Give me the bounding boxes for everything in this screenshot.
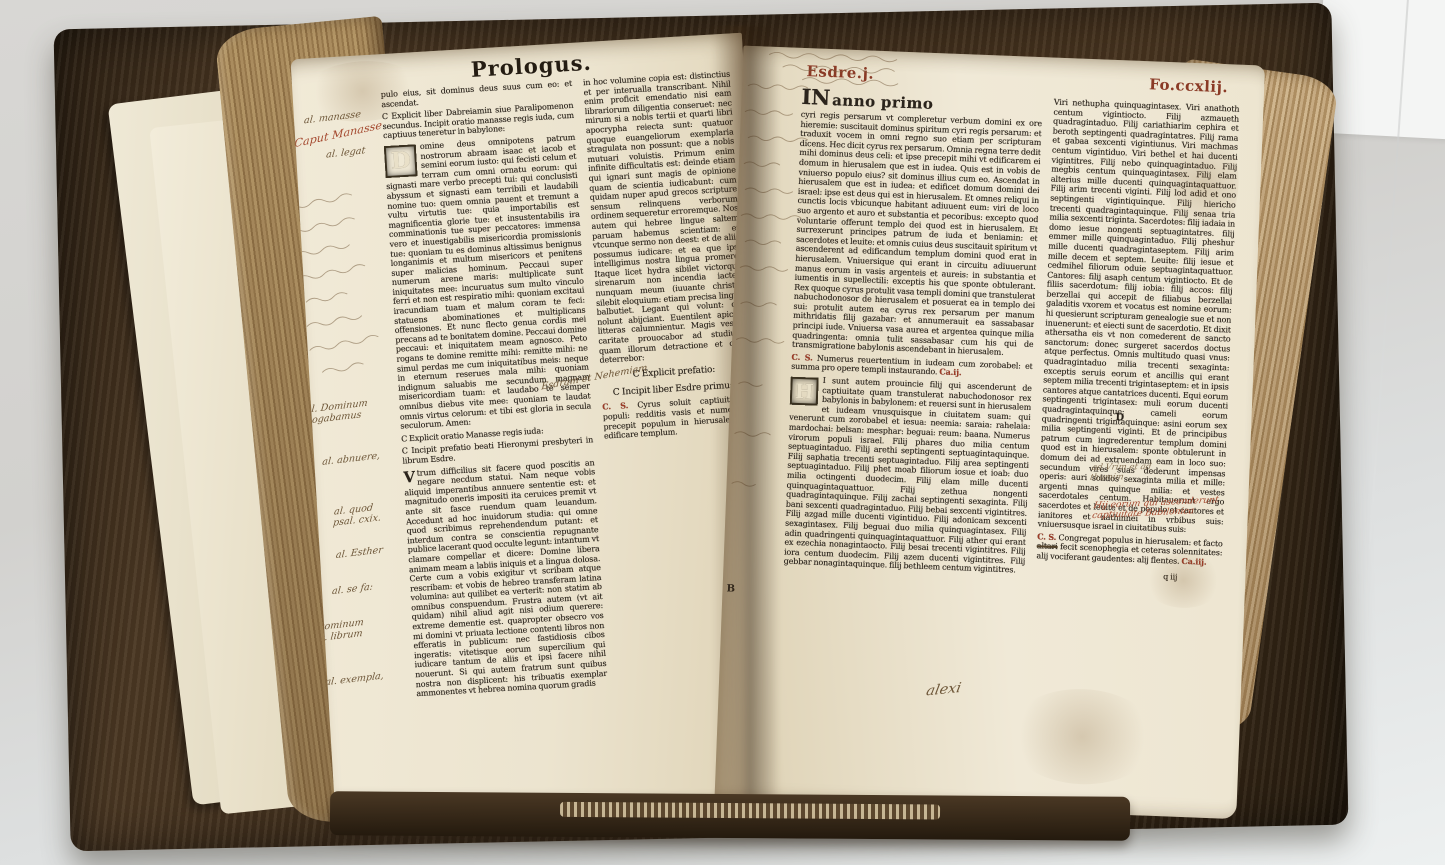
photo-stage: Prologus. pulo eius, sit dominus deus su… [0, 0, 1445, 865]
summary-prefix: C. S. [1037, 531, 1057, 542]
esdre-chapter-2-census-text: HI sunt autem prouincie filij qui ascend… [783, 375, 1032, 576]
inked-out-word-altari: altari [1037, 542, 1058, 552]
backdrop-white-card [1316, 0, 1445, 139]
woodcut-initial-D: D [384, 144, 418, 178]
faded-cursive-gloss-top [762, 46, 963, 96]
left-page-column-1: pulo eius, sit dominus deus suus cum eo:… [380, 79, 608, 715]
chapter-marker-ca-ij: Ca.ij. [939, 367, 962, 378]
margin-note-al-esther: al. Esther [335, 546, 383, 562]
margin-note-al-abnuere: al. abnuere, [322, 451, 381, 468]
left-page: Prologus. pulo eius, sit dominus deus su… [290, 33, 787, 830]
margin-note-al-se-fa: al. se fa: [331, 582, 373, 598]
left-page-text-block: pulo eius, sit dominus deus suus cum eo:… [380, 69, 767, 715]
hieronymus-preface-text: Vtrum difficilius sit facere quod poscit… [403, 458, 608, 699]
margin-note-al-legat: al. legat [326, 146, 366, 161]
spine-bottom-edge [330, 791, 1130, 841]
margin-note-al-exempla: al. exempla, [325, 672, 385, 690]
right-page: Esdre.j. Fo.ccxlij. IN anno primo cyri r… [715, 46, 1266, 819]
exposed-sewing-stitches [560, 802, 940, 820]
folio-number: Fo.ccxlij. [1149, 75, 1229, 96]
esdre-chapter-1-text: cyri regis persarum vt compleretur verbu… [792, 110, 1042, 359]
column-reference-letter-B: B [726, 583, 735, 594]
margin-note-al-dominum: al. Dominum Rogabamus [304, 395, 399, 427]
faded-cursive-gloss-gutter [728, 74, 822, 507]
margin-note-al-quod-psal: al. quod psal. cxix. [332, 500, 407, 530]
column-reference-letter-D: D [1115, 412, 1124, 423]
margin-note-dominum-al-librum: Dominum al. librum [315, 614, 402, 645]
margin-note-ad-vrim: ad Vrim et ad thumim [1089, 463, 1190, 484]
drop-initial-V: V [403, 469, 415, 485]
preface-continuation-text: in hoc volumine copia est: distinctius e… [583, 69, 747, 365]
